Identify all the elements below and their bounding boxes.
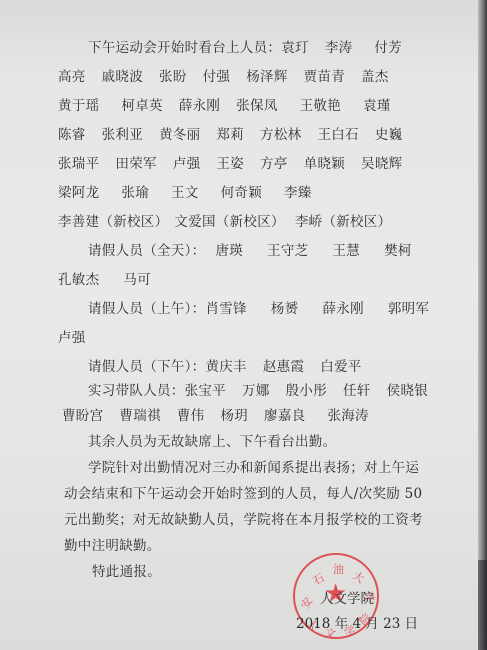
page-edge-shadow-bottom [478,560,487,650]
afternoon-stand-line-4: 陈睿张利亚黄冬丽郑莉方松林王白石史巍 [58,127,418,143]
leave-morning-line-1: 请假人员（上午）：肖雪锋杨赟薛永刚郭明军 [88,301,445,317]
commendation-line-4: 勤中注明缺勤。 [64,538,161,554]
commendation-line-1: 学院针对出勤情况对三办和新闻系提出表扬；对上午运 [88,460,419,476]
absent-note: 其余人员为无故缺席上、下午看台出勤。 [88,434,336,450]
commendation-line-3: 元出勤奖；对无故缺勤人员，学院将在本月报学校的工资考 [64,512,423,528]
page-edge-shadow [478,0,487,650]
afternoon-stand-line-3: 黄于瑶柯卓英薛永刚张保凤王敬艳袁瑾 [58,98,407,114]
leave-full-day-label: 请假人员（全天）： [88,243,205,259]
signature-org: 人文学院 [320,587,374,607]
afternoon-stand-line-7: 李善建（新校区）文爱国（新校区）李峤（新校区） [58,214,407,230]
internship-leaders-label: 实习带队人员： [88,383,185,399]
leave-morning-label: 请假人员（上午）： [88,301,205,317]
leave-afternoon-line-1: 请假人员（下午）：黄庆丰赵惠霞白爱平 [88,359,378,375]
afternoon-stand-line-6: 梁阿龙张瑜王文何奇颖李臻 [58,185,328,201]
commendation-line-2: 动会结束和下午运动会开始时签到的人员，每人/次奖励 50 [64,486,422,502]
leave-full-day-line-1: 请假人员（全天）：唐瑛王守芝王慧樊柯 [88,243,428,259]
document-page: 下午运动会开始时看台上人员：袁玎李涛付芳 高亮戚晓波张盼付强杨泽辉贾苗青盖杰 黄… [0,0,478,650]
afternoon-stand-line-2: 高亮戚晓波张盼付强杨泽辉贾苗青盖杰 [58,69,405,85]
leave-full-day-line-2: 孔敏杰马可 [58,272,167,288]
afternoon-stand-line-1: 下午运动会开始时看台上人员：袁玎李涛付芳 [88,40,418,56]
signature-date: 2018 年 4 月 23 日 [296,612,418,632]
closing-text: 特此通报。 [92,564,161,580]
name-list: 袁玎李涛付芳 [281,40,418,56]
afternoon-stand-line-5: 张瑞平田荣军卢强王姿方亭单晓颖吴晓辉 [58,156,418,172]
afternoon-stand-label: 下午运动会开始时看台上人员： [88,40,281,56]
internship-leaders-line-2: 曹盼宫曹瑞祺曹伟杨玥廖嘉良张海涛 [62,408,385,424]
leave-morning-line-2: 卢强 [58,330,102,346]
leave-afternoon-label: 请假人员（下午）： [88,359,205,375]
internship-leaders-line-1: 实习带队人员：张宝平万娜殷小彤任轩侯晓银 [88,383,444,399]
